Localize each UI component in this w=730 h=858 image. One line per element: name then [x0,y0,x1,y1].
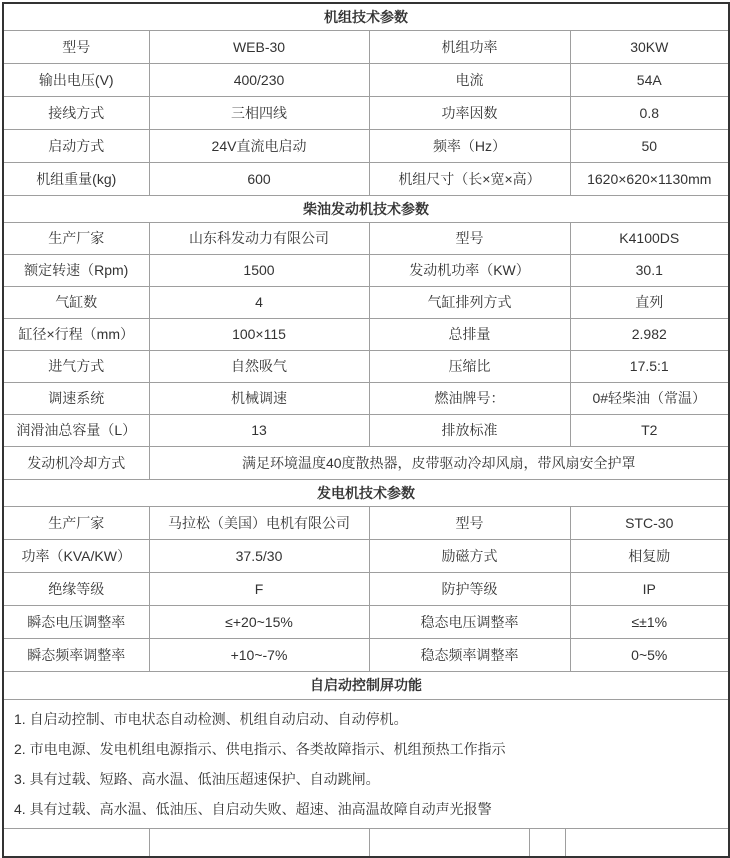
table-row: 生产厂家 马拉松（美国）电机有限公司 型号 STC-30 [3,506,729,539]
param-label: 调速系统 [3,382,149,414]
section-title: 机组技术参数 [3,3,729,30]
table-row: 生产厂家 山东科发动力有限公司 型号 K4100DS [3,222,729,254]
spec-table: 机组技术参数 型号 WEB-30 机组功率 30KW 输出电压(V) 400/2… [2,2,730,858]
param-label: 启动方式 [3,129,149,162]
param-label: 励磁方式 [369,539,570,572]
param-label: 生产厂家 [3,506,149,539]
section-title: 发电机技术参数 [3,479,729,506]
features-list: 1. 自启动控制、市电状态自动检测、机组自动启动、自动停机。 2. 市电电源、发… [3,699,729,828]
feature-item: 3. 具有过载、短路、高水温、低油压超速保护、自动跳闸。 [14,764,718,794]
param-value: 0~5% [570,638,729,671]
param-value: 13 [149,414,369,446]
param-label: 气缸数 [3,286,149,318]
param-label: 排放标准 [369,414,570,446]
param-label: 燃油牌号： [369,382,570,414]
param-value: K4100DS [570,222,729,254]
param-label: 发动机功率（KW） [369,254,570,286]
param-value: 30KW [570,30,729,63]
param-value: 三相四线 [149,96,369,129]
table-row: 瞬态频率调整率 +10~-7% 稳态频率调整率 0~5% [3,638,729,671]
param-value: 山东科发动力有限公司 [149,222,369,254]
feature-item: 4. 具有过载、高水温、低油压、自启动失败、超速、油高温故障自动声光报警 [14,794,718,824]
param-value: 0.8 [570,96,729,129]
table-row: 绝缘等级 F 防护等级 IP [3,572,729,605]
param-label: 总排量 [369,318,570,350]
param-value: 机械调速 [149,382,369,414]
param-value: 50 [570,129,729,162]
param-value: 满足环境温度40度散热器，皮带驱动冷却风扇，带风扇安全护罩 [149,446,729,479]
param-label: 压缩比 [369,350,570,382]
param-value: 4 [149,286,369,318]
param-label: 机组功率 [369,30,570,63]
param-label: 发动机冷却方式 [3,446,149,479]
empty-cell [149,828,369,857]
param-label: 绝缘等级 [3,572,149,605]
param-label: 防护等级 [369,572,570,605]
param-value: 400/230 [149,63,369,96]
param-label: 进气方式 [3,350,149,382]
param-label: 额定转速（Rpm) [3,254,149,286]
param-value: 30.1 [570,254,729,286]
param-value: 24V直流电启动 [149,129,369,162]
empty-cell [3,828,149,857]
param-value: 自然吸气 [149,350,369,382]
table-row: 型号 WEB-30 机组功率 30KW [3,30,729,63]
table-row: 缸径×行程（mm） 100×115 总排量 2.982 [3,318,729,350]
param-value: F [149,572,369,605]
section-title: 自启动控制屏功能 [3,671,729,699]
param-label: 稳态电压调整率 [369,605,570,638]
param-value: 17.5:1 [570,350,729,382]
table-row: 润滑油总容量（L） 13 排放标准 T2 [3,414,729,446]
table-row: 输出电压(V) 400/230 电流 54A [3,63,729,96]
param-label: 型号 [369,222,570,254]
param-value: STC-30 [570,506,729,539]
section-header-autostart-functions: 自启动控制屏功能 [3,671,729,699]
table-row: 瞬态电压调整率 ≤+20~15% 稳态电压调整率 ≤±1% [3,605,729,638]
table-row: 气缸数 4 气缸排列方式 直列 [3,286,729,318]
param-value: 2.982 [570,318,729,350]
table-row: 机组重量(kg) 600 机组尺寸（长×宽×高） 1620×620×1130mm [3,162,729,195]
feature-item: 1. 自启动控制、市电状态自动检测、机组自动启动、自动停机。 [14,704,718,734]
param-label: 机组尺寸（长×宽×高） [369,162,570,195]
param-label: 功率因数 [369,96,570,129]
section-header-engine-params: 柴油发动机技术参数 [3,195,729,222]
param-label: 输出电压(V) [3,63,149,96]
table-row: 调速系统 机械调速 燃油牌号： 0#轻柴油（常温） [3,382,729,414]
param-label: 瞬态电压调整率 [3,605,149,638]
param-label: 接线方式 [3,96,149,129]
empty-footer-row [3,828,729,857]
feature-item: 2. 市电电源、发电机组电源指示、供电指示、各类故障指示、机组预热工作指示 [14,734,718,764]
param-value: 直列 [570,286,729,318]
param-label: 机组重量(kg) [3,162,149,195]
features-row: 1. 自启动控制、市电状态自动检测、机组自动启动、自动停机。 2. 市电电源、发… [3,699,729,828]
table-row: 进气方式 自然吸气 压缩比 17.5:1 [3,350,729,382]
param-label: 稳态频率调整率 [369,638,570,671]
param-label: 缸径×行程（mm） [3,318,149,350]
param-value: IP [570,572,729,605]
param-value: 1500 [149,254,369,286]
empty-cell [369,828,529,857]
section-header-unit-params: 机组技术参数 [3,3,729,30]
empty-cell [529,828,565,857]
param-value: 0#轻柴油（常温） [570,382,729,414]
param-value: WEB-30 [149,30,369,63]
param-label: 电流 [369,63,570,96]
param-label: 型号 [369,506,570,539]
section-title: 柴油发动机技术参数 [3,195,729,222]
param-value: 100×115 [149,318,369,350]
param-value: 54A [570,63,729,96]
param-value: 马拉松（美国）电机有限公司 [149,506,369,539]
param-value: 相复励 [570,539,729,572]
param-value: 600 [149,162,369,195]
param-value: ≤+20~15% [149,605,369,638]
param-value: 37.5/30 [149,539,369,572]
table-row: 功率（KVA/KW） 37.5/30 励磁方式 相复励 [3,539,729,572]
empty-cell [565,828,729,857]
param-label: 型号 [3,30,149,63]
param-label: 瞬态频率调整率 [3,638,149,671]
param-label: 气缸排列方式 [369,286,570,318]
section-header-generator-params: 发电机技术参数 [3,479,729,506]
param-label: 生产厂家 [3,222,149,254]
param-label: 频率（Hz） [369,129,570,162]
param-value: +10~-7% [149,638,369,671]
table-row: 额定转速（Rpm) 1500 发动机功率（KW） 30.1 [3,254,729,286]
table-row: 接线方式 三相四线 功率因数 0.8 [3,96,729,129]
param-value: ≤±1% [570,605,729,638]
table-row-cooling: 发动机冷却方式 满足环境温度40度散热器，皮带驱动冷却风扇，带风扇安全护罩 [3,446,729,479]
param-value: 1620×620×1130mm [570,162,729,195]
param-label: 润滑油总容量（L） [3,414,149,446]
param-value: T2 [570,414,729,446]
param-label: 功率（KVA/KW） [3,539,149,572]
table-row: 启动方式 24V直流电启动 频率（Hz） 50 [3,129,729,162]
